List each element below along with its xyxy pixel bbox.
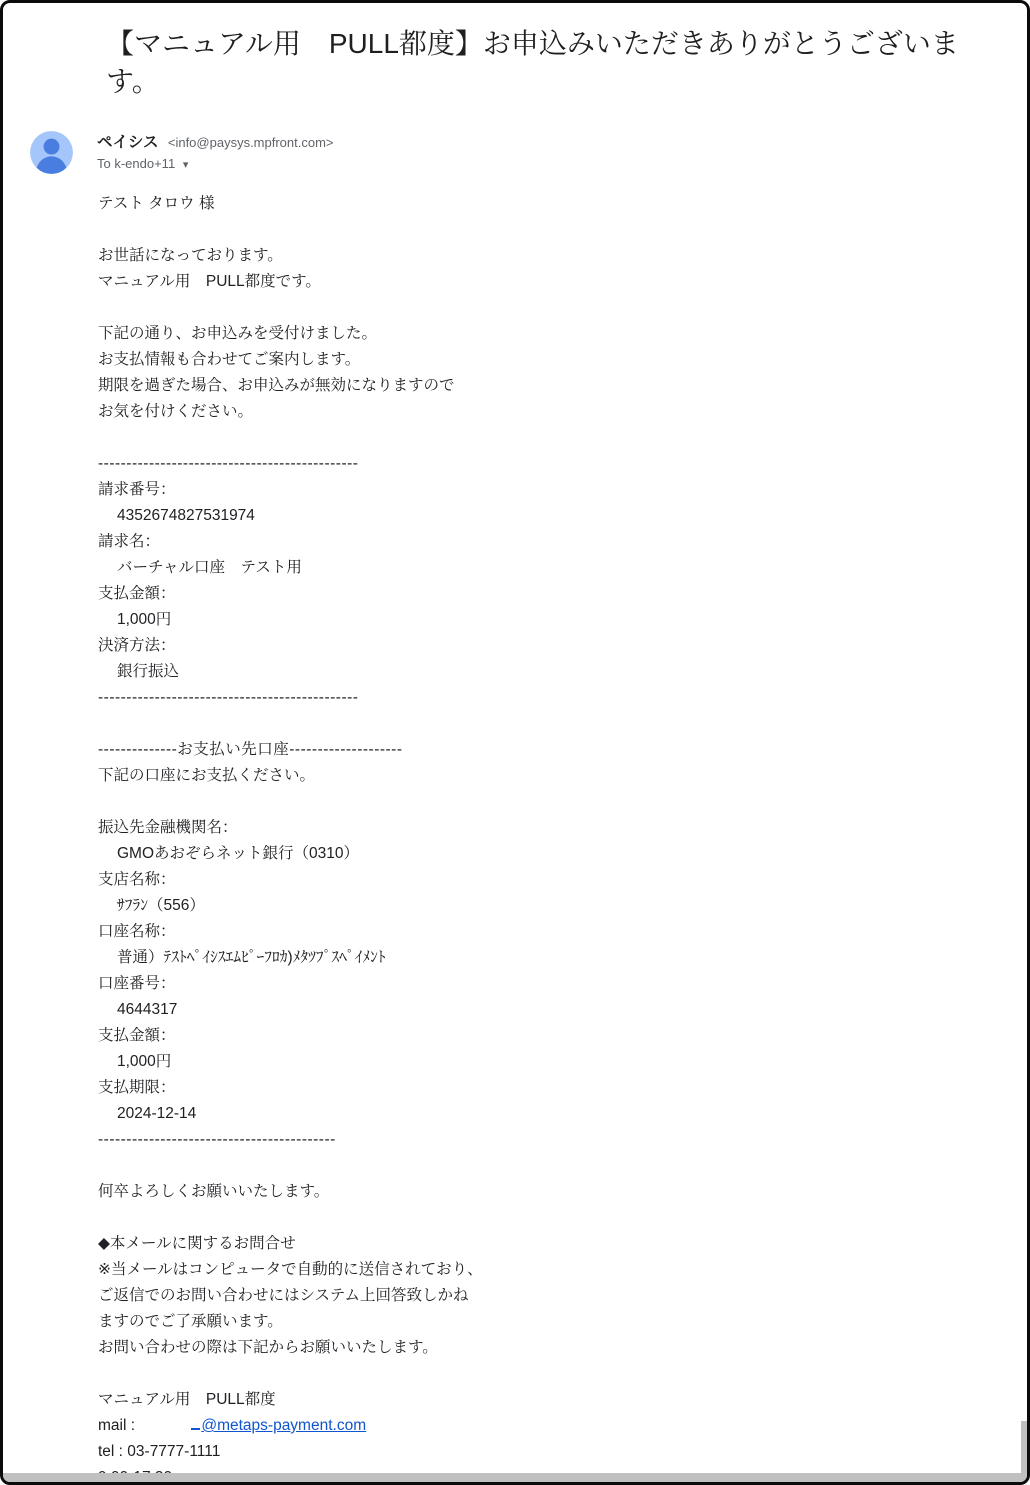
signature-tel: tel : 03-7777-1111 [98, 1439, 1007, 1465]
body-line: 4644317 [98, 997, 1007, 1023]
sender-meta: ペイシス <info@paysys.mpfront.com> To k-endo… [97, 131, 334, 171]
body-line: 決済方法： [98, 633, 1007, 659]
body-line: 1,000円 [98, 607, 1007, 633]
body-line: 支払金額： [98, 581, 1007, 607]
body-line: ご返信でのお問い合わせにはシステム上回答致しかね [98, 1283, 1007, 1309]
body-line: 2024-12-14 [98, 1101, 1007, 1127]
body-line: バーチャル口座 テスト用 [98, 555, 1007, 581]
body-line: 下記の通り、お申込みを受付けました。 [98, 321, 1007, 347]
body-line: テスト タロウ 様 [98, 191, 1007, 217]
separator-line: ----------------------------------------… [98, 451, 1007, 477]
body-line: お支払情報も合わせてご案内します。 [98, 347, 1007, 373]
email-body-lines: テスト タロウ 様 お世話になっております。マニュアル用 PULL都度です。 下… [98, 191, 1007, 1387]
sender-avatar-icon[interactable] [30, 131, 73, 174]
horizontal-scrollbar[interactable] [3, 1473, 1027, 1482]
body-line: ※当メールはコンピュータで自動的に送信されており、 [98, 1257, 1007, 1283]
sender-line: ペイシス <info@paysys.mpfront.com> [97, 133, 334, 153]
blank-line [98, 1153, 1007, 1179]
sender-name[interactable]: ペイシス [97, 134, 159, 151]
mail-link[interactable]: @metaps-payment.com [191, 1417, 366, 1434]
blank-line [98, 1205, 1007, 1231]
recipient-row[interactable]: To k-endo+11 ▾ [97, 156, 334, 171]
email-header: ペイシス <info@paysys.mpfront.com> To k-endo… [30, 131, 1027, 174]
body-line: GMOあおぞらネット銀行（0310） [98, 841, 1007, 867]
body-line: 普通）ﾃｽﾄﾍﾟｲｼｽｴﾑﾋﾟｰﾌﾛｶ)ﾒﾀﾂﾌﾟｽﾍﾟｲﾒﾝﾄ [98, 945, 1007, 971]
body-line: 銀行振込 [98, 659, 1007, 685]
body-line: 期限を過ぎた場合、お申込みが無効になりますので [98, 373, 1007, 399]
body-line: お気を付けください。 [98, 399, 1007, 425]
body-line: ｻﾌﾗﾝ（556） [98, 893, 1007, 919]
recipient-label[interactable]: To k-endo+11 [97, 156, 175, 171]
body-line: 支店名称： [98, 867, 1007, 893]
body-line: ますのでご了承願います。 [98, 1309, 1007, 1335]
signature-mail-row: mail : @metaps-payment.com [98, 1413, 1007, 1439]
body-line: 振込先金融機関名： [98, 815, 1007, 841]
blank-line [98, 711, 1007, 737]
separator-line: ----------------------------------------… [98, 685, 1007, 711]
blank-line [98, 295, 1007, 321]
blank-line [98, 425, 1007, 451]
signature-name: マニュアル用 PULL都度 [98, 1387, 1007, 1413]
separator-line: ----------------------------------------… [98, 1127, 1007, 1153]
body-line: 1,000円 [98, 1049, 1007, 1075]
blank-line [98, 789, 1007, 815]
body-line: 口座番号： [98, 971, 1007, 997]
body-line: 下記の口座にお支払ください。 [98, 763, 1007, 789]
email-window: 【マニュアル用 PULL都度】お申込みいただきありがとうございます。 ペイシス … [0, 0, 1030, 1485]
body-line: 請求番号： [98, 477, 1007, 503]
body-line: 4352674827531974 [98, 503, 1007, 529]
body-line: ◆本メールに関するお問合せ [98, 1231, 1007, 1257]
body-line: 支払期限： [98, 1075, 1007, 1101]
body-line: マニュアル用 PULL都度です。 [98, 269, 1007, 295]
mail-label: mail : [98, 1417, 139, 1434]
body-line: 何卒よろしくお願いいたします。 [98, 1179, 1007, 1205]
separator-line: --------------お支払い先口座-------------------… [98, 737, 1007, 763]
body-line: お世話になっております。 [98, 243, 1007, 269]
body-line: 口座名称： [98, 919, 1007, 945]
email-subject: 【マニュアル用 PULL都度】お申込みいただきありがとうございます。 [106, 25, 1011, 101]
blank-line [98, 1361, 1007, 1387]
blank-line [98, 217, 1007, 243]
body-line: 請求名： [98, 529, 1007, 555]
sender-email: <info@paysys.mpfront.com> [168, 135, 334, 150]
body-line: お問い合わせの際は下記からお願いいたします。 [98, 1335, 1007, 1361]
email-body: テスト タロウ 様 お世話になっております。マニュアル用 PULL都度です。 下… [98, 191, 1007, 1485]
body-line: 支払金額： [98, 1023, 1007, 1049]
show-details-icon[interactable]: ▾ [183, 159, 189, 171]
vertical-scrollbar[interactable] [1021, 1421, 1027, 1473]
